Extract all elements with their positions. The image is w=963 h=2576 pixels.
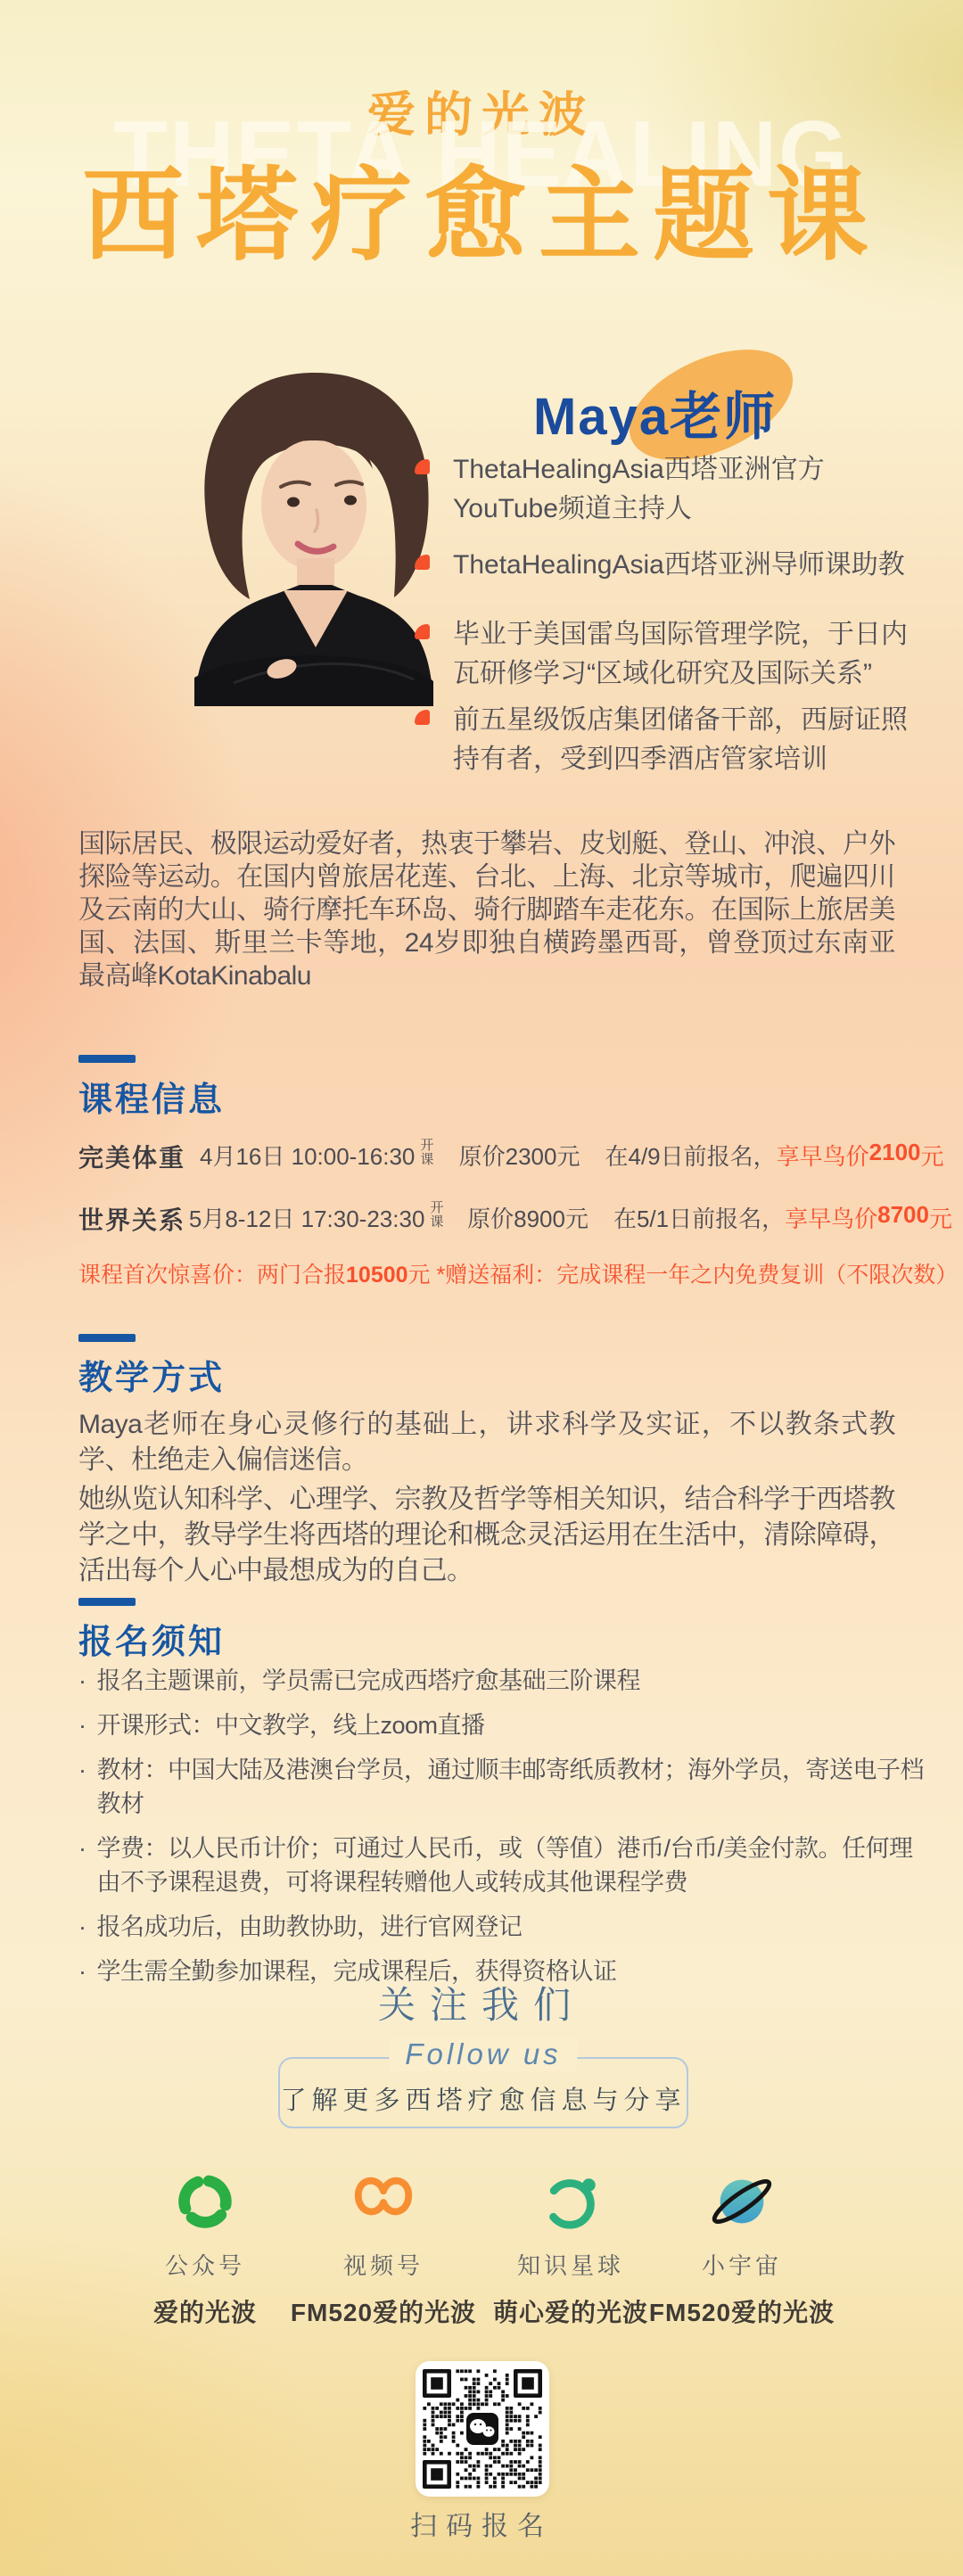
teacher-intro: 国际居民、极限运动爱好者，热衷于攀岩、皮划艇、登山、冲浪、户外探险等运动。在国内…: [78, 827, 895, 992]
signup-item: ·教材：中国大陆及港澳台学员，通过顺丰邮寄纸质教材；海外学员，寄送电子档教材: [78, 1753, 926, 1821]
signup-item-text: 报名主题课前，学员需已完成西塔疗愈基础三阶课程: [97, 1664, 641, 1698]
early-bird-price: 8700: [877, 1201, 929, 1229]
course-deadline: 在5/1日前报名，: [613, 1201, 785, 1234]
special-offer-price: 10500: [346, 1263, 408, 1288]
bullet-icon: [415, 459, 430, 474]
teaching-heading: 教学方式: [78, 1350, 225, 1399]
follow-heading: 关注我们: [0, 1976, 963, 2029]
teacher-bullet: ThetaHealingAsia西塔亚洲官方YouTube频道主持人: [415, 450, 914, 529]
special-offer-suffix: 元 *赠送福利：完成课程一年之内免费复训（不限次数）: [408, 1263, 959, 1288]
list-dot: ·: [78, 1664, 86, 1698]
course-start-badge: 开课: [420, 1139, 435, 1167]
list-dot: ·: [78, 1910, 86, 1944]
list-dot: ·: [78, 1831, 86, 1865]
early-bird-unit: 元: [929, 1201, 952, 1234]
zhishixingqiu-icon: [538, 2169, 604, 2239]
signup-item-text: 报名成功后，由助教协助，进行官网登记: [97, 1910, 523, 1944]
signup-item: ·开课形式：中文教学，线上zoom直播: [78, 1708, 926, 1742]
poster-page: 爱的光波 THETA HEALING 西塔疗愈主题课: [0, 0, 963, 2576]
teacher-bullet-text: ThetaHealingAsia西塔亚洲导师课助教: [453, 546, 905, 585]
teacher-name: Maya老师: [533, 374, 777, 449]
teacher-bullet-text: 毕业于美国雷鸟国际管理学院，于日内瓦研修学习“区域化研究及国际关系”: [453, 615, 914, 694]
signup-heading: 报名须知: [78, 1614, 225, 1663]
teaching-paragraph-2: 她纵览认知科学、心理学、宗教及哲学等相关知识，结合科学于西塔教学之中，教导学生将…: [78, 1482, 895, 1589]
teacher-bullet: 前五星级饭店集团储备干部，西厨证照持有者，受到四季酒店管家培训: [415, 701, 914, 779]
list-dot: ·: [78, 1708, 86, 1742]
teacher-bullet: ThetaHealingAsia西塔亚洲导师课助教: [415, 546, 914, 585]
qr-code: [416, 2361, 549, 2497]
bullet-icon: [415, 555, 430, 570]
qr-caption: 扫码报名: [0, 2504, 963, 2543]
course-deadline: 在4/9日前报名，: [605, 1139, 776, 1172]
section-bar: [78, 1055, 136, 1063]
channel-account: FM520爱的光波: [635, 2293, 849, 2329]
early-bird-unit: 元: [921, 1139, 944, 1172]
special-offer-line: 课程首次惊喜价：两门合报10500元 *赠送福利：完成课程一年之内免费复训（不限…: [78, 1257, 958, 1289]
teaching-paragraph-1: Maya老师在身心灵修行的基础上，讲求科学及实证，不以教条式教学、杜绝走入偏信迷…: [78, 1407, 895, 1478]
wechat-channels-icon: [350, 2169, 416, 2239]
teacher-bullet-text: 前五星级饭店集团储备干部，西厨证照持有者，受到四季酒店管家培训: [453, 701, 914, 779]
bullet-icon: [415, 624, 430, 639]
poster-title: 西塔疗愈主题课: [0, 134, 963, 280]
course-start-badge: 开课: [430, 1201, 444, 1230]
bullet-icon: [415, 710, 430, 725]
special-offer-prefix: 课程首次惊喜价：两门合报: [78, 1263, 346, 1288]
signup-item-text: 开课形式：中文教学，线上zoom直播: [97, 1708, 485, 1742]
list-dot: ·: [78, 1753, 86, 1787]
course-schedule: 4月16日 10:00-16:30: [200, 1139, 415, 1172]
signup-item: ·报名成功后，由助教协助，进行官网登记: [78, 1910, 926, 1944]
follow-box: Follow us 了解更多西塔疗愈信息与分享: [278, 2057, 688, 2128]
signup-item: ·学费：以人民币计价；可通过人民币，或（等值）港币/台币/美金付款。任何理由不予…: [78, 1831, 926, 1899]
channel-platform: 视频号: [276, 2248, 490, 2281]
channel-wechat-video: 视频号 FM520爱的光波: [276, 2169, 490, 2329]
xiaoyuzhou-icon: [709, 2169, 775, 2239]
follow-us-label: Follow us: [389, 2037, 577, 2071]
signup-list: ·报名主题课前，学员需已完成西塔疗愈基础三阶课程 ·开课形式：中文教学，线上zo…: [78, 1664, 926, 1988]
signup-item: ·报名主题课前，学员需已完成西塔疗愈基础三阶课程: [78, 1664, 926, 1698]
course-row: 世界关系 5月8-12日 17:30-23:30 开课 原价8900元 在5/1…: [78, 1201, 952, 1237]
course-heading: 课程信息: [78, 1072, 225, 1121]
early-bird-price: 2100: [869, 1139, 921, 1166]
course-schedule: 5月8-12日 17:30-23:30: [189, 1201, 425, 1234]
teacher-bullet-text: ThetaHealingAsia西塔亚洲官方YouTube频道主持人: [453, 450, 914, 529]
course-row: 完美体重 4月16日 10:00-16:30 开课 原价2300元 在4/9日前…: [78, 1139, 952, 1174]
course-original-price: 原价2300元: [459, 1139, 580, 1172]
section-bar: [78, 1334, 136, 1342]
wechat-logo-icon: [466, 2413, 498, 2445]
course-name: 完美体重: [78, 1139, 200, 1174]
signup-item-text: 教材：中国大陆及港澳台学员，通过顺丰邮寄纸质教材；海外学员，寄送电子档教材: [97, 1753, 926, 1821]
course-original-price: 原价8900元: [467, 1201, 588, 1234]
early-bird-label: 享早鸟价: [785, 1201, 877, 1234]
channel-xiaoyuzhou: 小宇宙 FM520爱的光波: [635, 2169, 849, 2329]
teacher-bullet: 毕业于美国雷鸟国际管理学院，于日内瓦研修学习“区域化研究及国际关系”: [415, 615, 914, 694]
section-bar: [78, 1598, 136, 1606]
channel-account: FM520爱的光波: [276, 2293, 490, 2329]
channel-platform: 小宇宙: [635, 2248, 849, 2281]
course-name: 世界关系: [78, 1201, 189, 1237]
wechat-official-icon: [172, 2169, 238, 2239]
follow-description: 了解更多西塔疗愈信息与分享: [280, 2080, 687, 2117]
signup-item-text: 学费：以人民币计价；可通过人民币，或（等值）港币/台币/美金付款。任何理由不予课…: [97, 1831, 926, 1899]
early-bird-label: 享早鸟价: [777, 1139, 869, 1172]
